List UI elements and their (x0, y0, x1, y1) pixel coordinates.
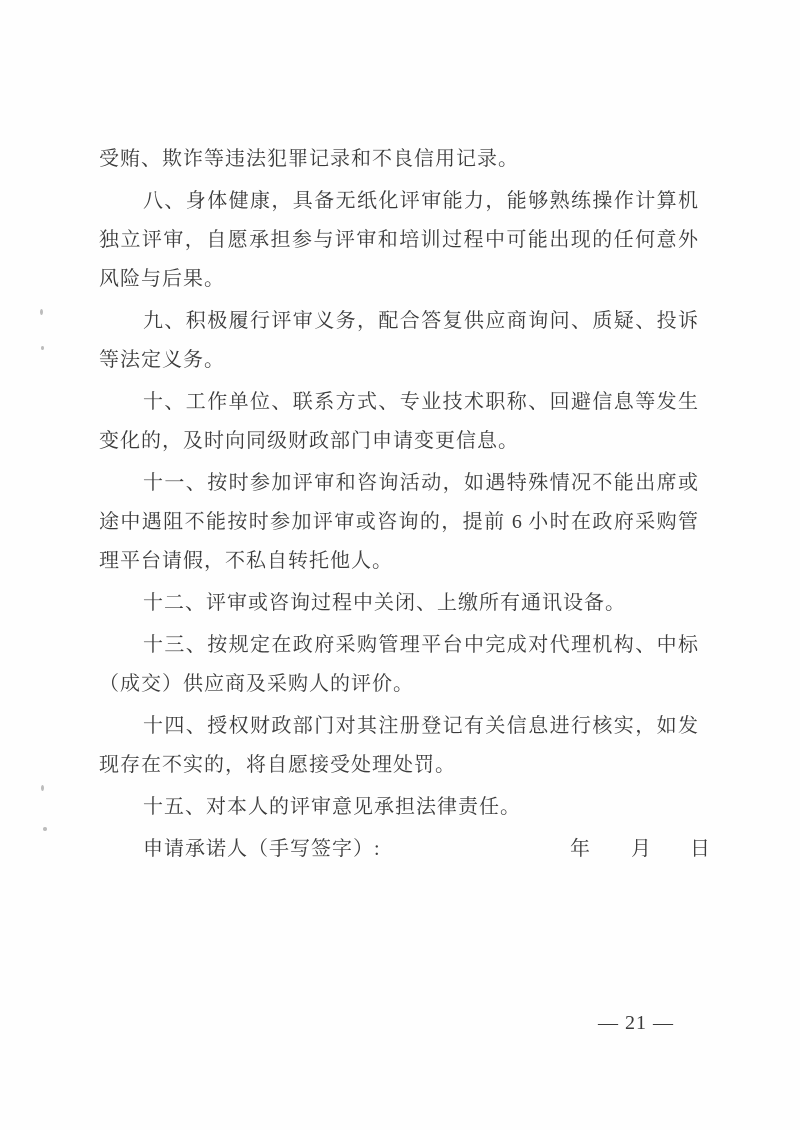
signature-row: 申请承诺人（手写签字）: 年 月 日 (99, 830, 698, 869)
text-line: 八、身体健康，具备无纸化评审能力，能够熟练操作计算机 (99, 182, 698, 221)
text-line: 变化的，及时向同级财政部门申请变更信息。 (99, 422, 698, 461)
text-line: （成交）供应商及采购人的评价。 (99, 665, 698, 704)
text-line: 十四、授权财政部门对其注册登记有关信息进行核实，如发 (99, 707, 698, 746)
text-line: 十、工作单位、联系方式、专业技术职称、回避信息等发生 (99, 383, 698, 422)
text-line: 途中遇阻不能按时参加评审或咨询的，提前 6 小时在政府采购管 (99, 503, 698, 542)
text-line: 九、积极履行评审义务，配合答复供应商询问、质疑、投诉 (99, 302, 698, 341)
text-line: 十五、对本人的评审意见承担法律责任。 (99, 788, 698, 827)
document-page: 受贿、欺诈等违法犯罪记录和不良信用记录。八、身体健康，具备无纸化评审能力，能够熟… (0, 0, 800, 1130)
date-year-label: 年 (570, 830, 591, 869)
scan-speck (40, 309, 43, 315)
text-line: 十一、按时参加评审和咨询活动，如遇特殊情况不能出席或 (99, 464, 698, 503)
signature-label: 申请承诺人（手写签字）: (143, 838, 381, 860)
date-day-label: 日 (690, 830, 711, 869)
text-line: 风险与后果。 (99, 260, 698, 299)
text-line: 等法定义务。 (99, 341, 698, 380)
text-line: 独立评审，自愿承担参与评审和培训过程中可能出现的任何意外 (99, 221, 698, 260)
page-number: — 21 — (598, 1009, 674, 1037)
text-line: 十三、按规定在政府采购管理平台中完成对代理机构、中标 (99, 626, 698, 665)
date-month-label: 月 (631, 830, 652, 869)
text-line: 受贿、欺诈等违法犯罪记录和不良信用记录。 (99, 140, 698, 179)
text-line: 现存在不实的，将自愿接受处理处罚。 (99, 746, 698, 785)
document-content: 受贿、欺诈等违法犯罪记录和不良信用记录。八、身体健康，具备无纸化评审能力，能够熟… (99, 140, 698, 869)
text-line: 理平台请假，不私自转托他人。 (99, 542, 698, 581)
scan-speck (43, 827, 47, 831)
document-body: 受贿、欺诈等违法犯罪记录和不良信用记录。八、身体健康，具备无纸化评审能力，能够熟… (99, 140, 698, 827)
scan-speck (41, 785, 44, 791)
text-line: 十二、评审或咨询过程中关闭、上缴所有通讯设备。 (99, 584, 698, 623)
scan-speck (41, 346, 44, 350)
